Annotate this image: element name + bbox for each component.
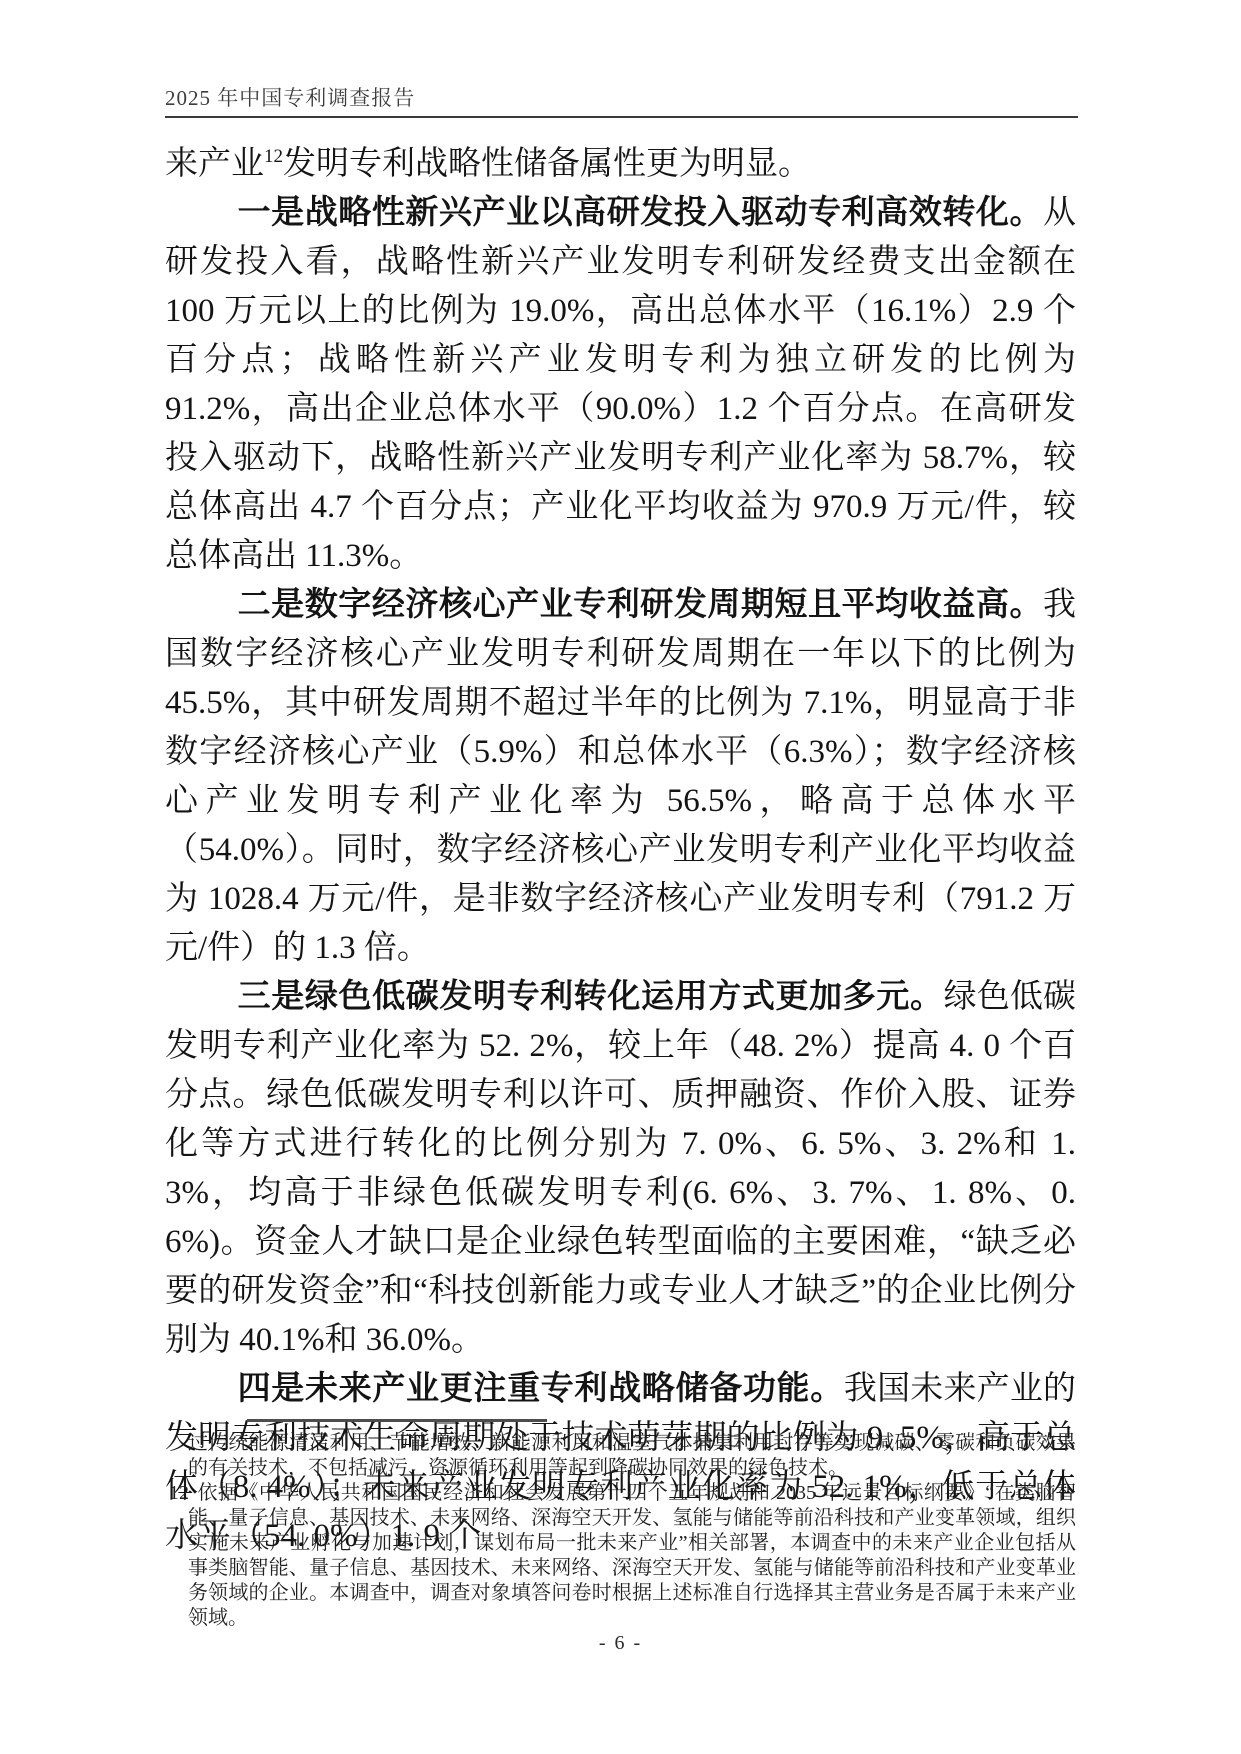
paragraph-lead: 四是未来产业更注重专利战略储备功能。 [238, 1371, 844, 1407]
intro-text-before-sup: 来产业 [165, 146, 264, 182]
header-rule [165, 116, 1078, 118]
body-paragraph: 二是数字经济核心产业专利研发周期短且平均收益高。我国数字经济核心产业发明专利研发… [165, 581, 1076, 973]
footnote-reference-12: 12 [264, 146, 283, 167]
paragraph-text: 绿色低碳发明专利产业化率为 52. 2%，较上年（48. 2%）提高 4. 0 … [165, 979, 1076, 1358]
footnote-text: 依据《中华人民共和国国民经济和社会发展第十四个五年规划和 2035 年远景目标纲… [188, 1482, 1076, 1629]
intro-paragraph: 来产业12发明专利战略性储备属性更为明显。 [165, 140, 1076, 189]
paragraph-lead: 三是绿色低碳发明专利转化运用方式更加多元。 [238, 979, 944, 1015]
body-paragraph: 三是绿色低碳发明专利转化运用方式更加多元。绿色低碳发明专利产业化率为 52. 2… [165, 973, 1076, 1365]
footnote-item: 12依据《中华人民共和国国民经济和社会发展第十四个五年规划和 2035 年远景目… [188, 1481, 1076, 1631]
intro-text-after-sup: 发明专利战略性储备属性更为明显。 [283, 146, 811, 182]
paragraph-text: 从研发投入看，战略性新兴产业发明专利研发经费支出金额在 100 万元以上的比例为… [165, 195, 1076, 574]
footnote-separator-rule [247, 1419, 547, 1422]
body-text-block: 来产业12发明专利战略性储备属性更为明显。 一是战略性新兴产业以高研发投入驱动专… [165, 140, 1076, 1561]
footnotes-block: 过传统能源清洁利用、节能增效、新能源利用和温室气体捕集利用封存等实现减碳、零碳和… [188, 1431, 1076, 1631]
running-header-title: 2025 年中国专利调查报告 [165, 82, 1078, 112]
page-number: - 6 - [0, 1632, 1241, 1655]
paragraph-lead: 二是数字经济核心产业专利研发周期短且平均收益高。 [238, 587, 1043, 623]
body-paragraph: 一是战略性新兴产业以高研发投入驱动专利高效转化。从研发投入看，战略性新兴产业发明… [165, 189, 1076, 581]
footnote-continuation: 过传统能源清洁利用、节能增效、新能源利用和温室气体捕集利用封存等实现减碳、零碳和… [188, 1431, 1076, 1481]
paragraph-lead: 一是战略性新兴产业以高研发投入驱动专利高效转化。 [238, 195, 1043, 231]
paragraph-text: 我国数字经济核心产业发明专利研发周期在一年以下的比例为 45.5%，其中研发周期… [165, 587, 1076, 966]
footnote-marker: 12 [169, 1482, 197, 1504]
document-page: 2025 年中国专利调查报告 来产业12发明专利战略性储备属性更为明显。 一是战… [0, 0, 1241, 1754]
